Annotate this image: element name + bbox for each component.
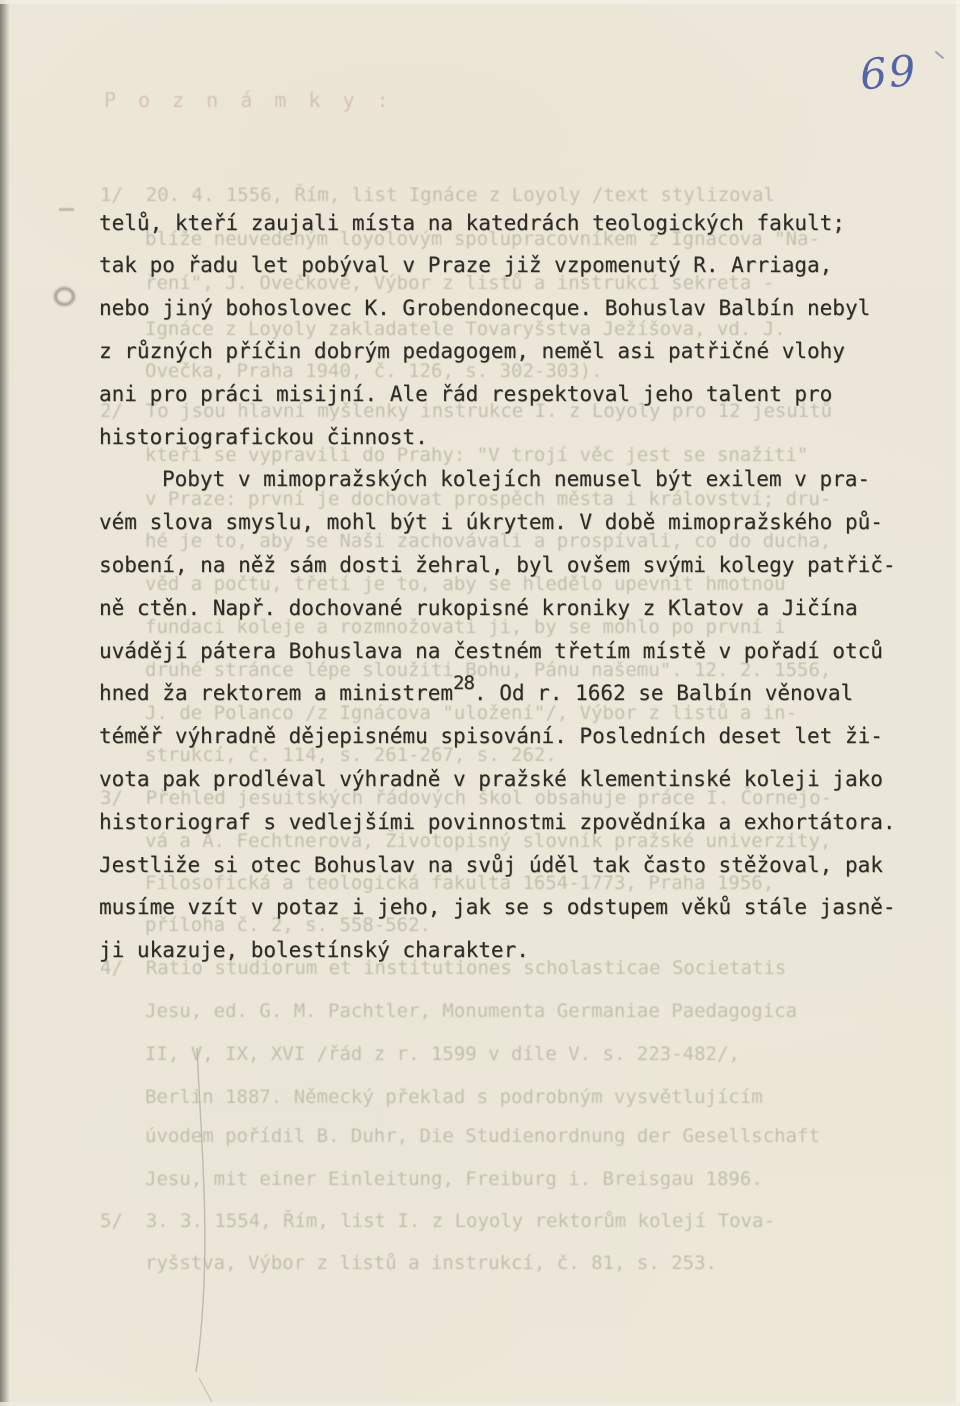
text-line: musíme vzít v potaz i jeho, jak se s ods… — [99, 886, 919, 929]
scan-edge-top — [0, 0, 960, 4]
scan-edge-bottom — [0, 1402, 960, 1406]
text-line: Jestliže si otec Bohuslav na svůj úděl t… — [99, 844, 919, 887]
paper-mark — [59, 208, 74, 211]
text-line: uvádějí pátera Bohuslava na čestném třet… — [99, 630, 919, 673]
text-line: historiografickou činnost. — [99, 416, 919, 459]
scan-edge-right — [956, 0, 960, 1406]
text-line: historiograf s vedlejšími povinnostmi zp… — [99, 801, 919, 844]
text-line: nebo jiný bohoslovec K. Grobendonecque. … — [99, 287, 919, 330]
ghost-bleedthrough-line: Jesu, ed. G. M. Pachtler, Monumenta Germ… — [145, 1000, 797, 1022]
text-line: vém slova smyslu, mohl být i úkrytem. V … — [99, 501, 919, 544]
text-line: sobení, na něž sám dosti žehral, byl ovš… — [99, 544, 919, 587]
ghost-notes-heading: P o z n á m k y : — [104, 88, 394, 112]
ghost-bleedthrough-line: Jesu, mit einer Einleitung, Freiburg i. … — [145, 1168, 763, 1190]
ghost-bleedthrough-line: II, V, IX, XVI /řád z r. 1599 v díle V. … — [145, 1043, 740, 1065]
scan-edge-left — [0, 0, 10, 1406]
ghost-bleedthrough-line: ryšstva, Výbor z listů a instrukcí, č. 8… — [145, 1252, 717, 1274]
text-line: telů, kteří zaujali místa na katedrách t… — [99, 202, 919, 245]
text-line: ani pro práci misijní. Ale řád respektov… — [99, 373, 919, 416]
text-line: hned ža rektorem a ministrem28. Od r. 16… — [99, 672, 919, 715]
typed-text-block: telů, kteří zaujali místa na katedrách t… — [99, 116, 919, 972]
handwritten-page-number: 69 — [858, 46, 920, 100]
text-line: ji ukazuje, bolestínský charakter. — [99, 929, 919, 972]
text-line: ně ctěn. Např. dochované rukopisné kroni… — [99, 587, 919, 630]
text-line: tak po řadu let pobýval v Praze již vzpo… — [99, 244, 919, 287]
ghost-bleedthrough-line: 5/ 3. 3. 1554, Řím, list I. z Loyoly rek… — [100, 1210, 775, 1232]
paper-smudge — [54, 287, 75, 306]
text-line: téměř výhradně dějepisnému spisování. Po… — [99, 715, 919, 758]
text-line: z různých příčin dobrým pedagogem, neměl… — [99, 330, 919, 373]
text-line: vota pak prodléval výhradně v pražské kl… — [99, 758, 919, 801]
text-line: Pobyt v mimopražských kolejích nemusel b… — [99, 458, 919, 501]
ghost-bleedthrough-line: úvodem pořídil B. Duhr, Die Studienordnu… — [145, 1125, 820, 1147]
ghost-bleedthrough-line: Berlin 1887. Německý překlad s podrobným… — [145, 1086, 763, 1108]
